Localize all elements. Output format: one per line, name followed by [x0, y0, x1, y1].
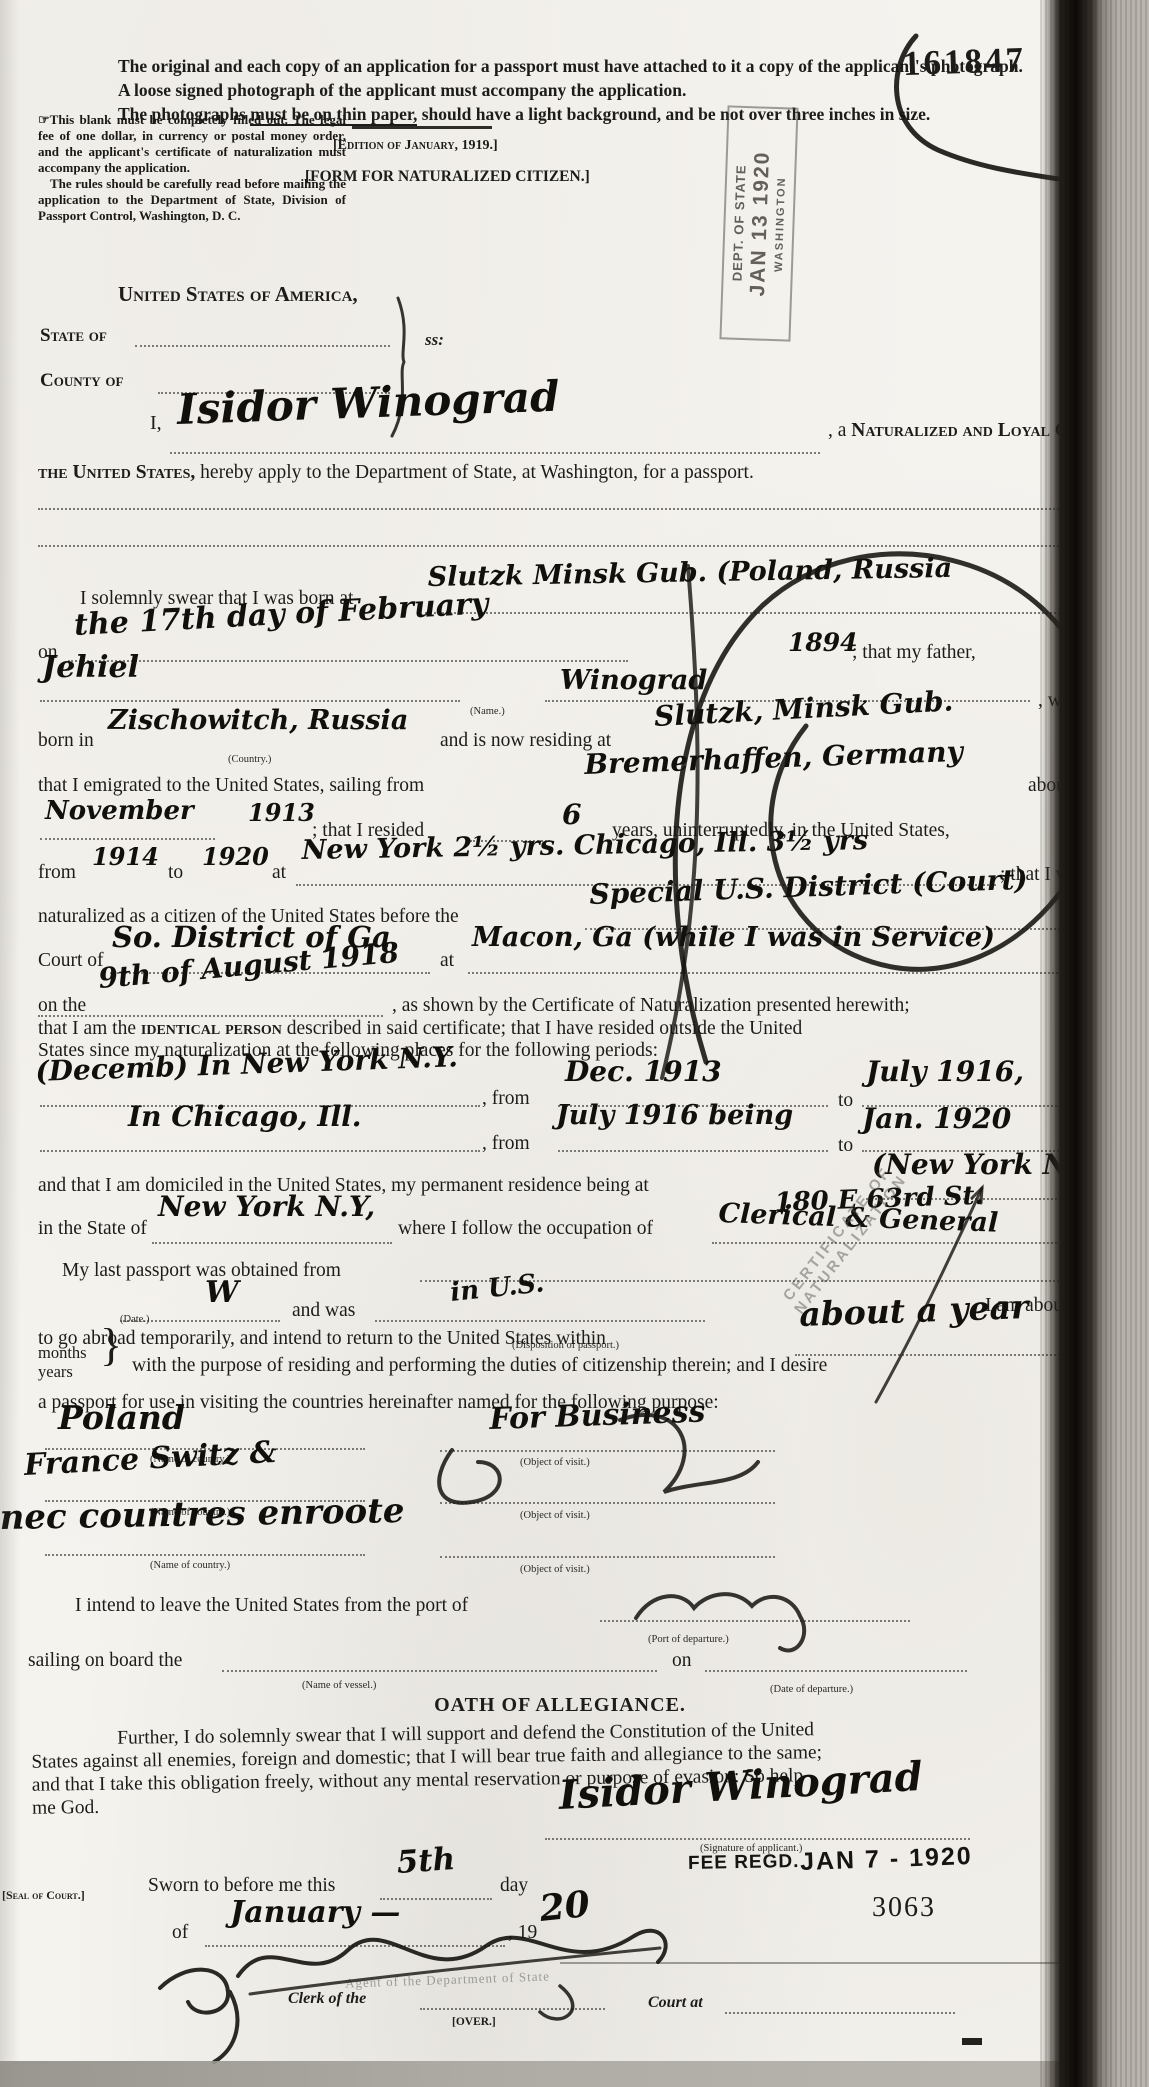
object1-blank — [440, 1450, 775, 1452]
port-line: I intend to leave the United States from… — [75, 1595, 468, 1617]
court-of-label: Court of — [38, 950, 104, 972]
month-handwritten: January — — [230, 1895, 400, 1930]
brace-glyph: } — [100, 1335, 122, 1354]
of-label: of — [172, 1922, 188, 1944]
object1-handwritten: For Business — [489, 1394, 706, 1437]
vessel-blank — [222, 1670, 657, 1672]
to-label: to — [168, 862, 183, 884]
date-scrawl-handwritten: W — [205, 1275, 239, 1310]
state-handwritten: New York N.Y, — [158, 1190, 375, 1223]
port-blank — [600, 1620, 910, 1622]
occupation-label: where I follow the occupation of — [398, 1218, 653, 1240]
residence2-place-handwritten: In Chicago, Ill. — [128, 1100, 362, 1133]
clerk-of-label: Clerk of the — [288, 1990, 366, 2008]
object1-caption: (Object of visit.) — [520, 1457, 590, 1468]
residence2-from-handwritten: July 1916 being — [556, 1100, 793, 1131]
county-of-label: County of — [40, 370, 123, 392]
disposition-handwritten: in U.S. — [449, 1268, 546, 1308]
identical-smallcaps: identical person — [141, 1018, 282, 1039]
apply-line: the United States, hereby apply to the D… — [38, 462, 754, 484]
month-blank — [205, 1945, 505, 1947]
day-handwritten: 5th — [395, 1841, 456, 1881]
apply-rest: hereby apply to the Department of State,… — [195, 462, 754, 483]
file-number: 3063 — [872, 1892, 936, 1924]
name-blank — [170, 452, 820, 454]
father-label: ; that my father, — [852, 642, 976, 664]
identical-line: that I am the identical person described… — [38, 1018, 802, 1040]
father-last-handwritten: Winograd — [560, 665, 707, 696]
naturalization-date-blank — [38, 1015, 383, 1017]
birthplace-handwritten: Slutzk Minsk Gub. (Poland, Russia — [427, 553, 952, 593]
edition-rule — [352, 126, 492, 129]
object2-caption: (Object of visit.) — [520, 1510, 590, 1521]
departure-date-blank — [705, 1670, 967, 1672]
over-label: [OVER.] — [452, 2016, 496, 2028]
court-name-handwritten: Special U.S. District (Court) — [589, 863, 1028, 911]
residence2-from-blank — [558, 1150, 828, 1152]
from-year-handwritten: 1914 — [92, 842, 159, 871]
in-state-label: in the State of — [38, 1218, 147, 1240]
father-birthplace-handwritten: Zischowitch, Russia — [108, 705, 408, 736]
identical-pre: that I am the — [38, 1018, 141, 1039]
at2-label: at — [440, 950, 454, 972]
residence1-from-handwritten: Dec. 1913 — [565, 1055, 722, 1088]
embark-month-handwritten: November — [45, 796, 194, 826]
identical-post: described in said certificate; that I ha… — [282, 1018, 802, 1039]
nation-heading: United States of America, — [118, 282, 358, 307]
ss-label: ss: — [425, 330, 444, 350]
footer-mark — [962, 2038, 982, 2045]
residence1-from-label: , from — [482, 1088, 530, 1110]
i-label: I, — [150, 412, 162, 435]
on-the-label: on the — [38, 995, 86, 1017]
residence2-from-label: , from — [482, 1133, 530, 1155]
instruction-line-1: The original and each copy of an applica… — [118, 56, 1023, 77]
embark-port-handwritten: Bremerhaffen, Germany — [584, 735, 964, 781]
scanned-passport-application: The original and each copy of an applica… — [0, 0, 1149, 2087]
object2-blank — [440, 1502, 775, 1504]
fee-regd-stamp: FEE REGD. — [688, 1851, 800, 1875]
citizen-pre: , a — [828, 420, 851, 441]
state-blank — [135, 345, 390, 347]
sworn-before-label: Sworn to before me this — [148, 1875, 335, 1897]
emigrated-label: that I emigrated to the United States, s… — [38, 775, 424, 797]
oath-title: OATH OF ALLEGIANCE. — [160, 1694, 960, 1717]
disposition-blank — [375, 1320, 705, 1322]
state-blank2 — [152, 1242, 392, 1244]
court-place-blank — [468, 972, 1098, 974]
years-label: years — [38, 1362, 87, 1381]
blank-rule-2 — [38, 545, 1098, 547]
birth-date-blank — [68, 660, 628, 662]
fee-date-stamp: JAN 7 - 1920 — [800, 1842, 974, 1877]
object3-caption: (Object of visit.) — [520, 1564, 590, 1575]
embark-year-handwritten: 1913 — [248, 798, 315, 827]
instruction-line-2: A loose signed photograph of the applica… — [118, 80, 686, 101]
agent-stamp-faint: Agent of the Department of State — [345, 1968, 550, 1991]
residence2-to-handwritten: Jan. 1920 — [862, 1102, 1011, 1135]
form-title: [FORM FOR NATURALIZED CITIZEN.] — [305, 168, 590, 186]
vessel-caption: (Name of vessel.) — [302, 1680, 376, 1691]
court-at-blank — [725, 2012, 955, 2014]
left-edge-shading — [0, 0, 20, 2087]
bottom-scan-band — [0, 2061, 1079, 2087]
and-was-label: and was — [292, 1300, 355, 1322]
clerk-signature-scrawl — [238, 1931, 666, 1976]
within-handwritten: about a year — [799, 1287, 1029, 1334]
years-count-handwritten: 6 — [562, 798, 581, 831]
blank-rule-1 — [38, 508, 1098, 510]
country2-handwritten: France Switz & — [23, 1435, 277, 1483]
received-date-stamp: DEPT. OF STATE JAN 13 1920 WASHINGTON — [672, 108, 812, 313]
from-label: from — [38, 862, 76, 884]
book-binding-edge — [1040, 0, 1149, 2087]
country3-handwritten: nec countres enroote — [0, 1491, 405, 1538]
embark-month-blank — [40, 838, 215, 840]
months-years-brace: months years } — [38, 1343, 87, 1381]
date-blank — [120, 1320, 280, 1322]
clerk-court-blank — [420, 2008, 605, 2010]
sailing-on: on — [672, 1650, 692, 1672]
initials-scrawl — [160, 1970, 237, 2062]
note-paragraph-1: ☞This blank must be completely filled ou… — [38, 112, 346, 176]
birthplace-blank — [425, 612, 1100, 614]
last-passport-label: My last passport was obtained from — [62, 1260, 341, 1282]
note-paragraph-2: The rules should be carefully read befor… — [38, 176, 346, 224]
country-caption: (Country.) — [228, 754, 271, 765]
to-year-handwritten: 1920 — [202, 842, 269, 871]
serial-number: 161847 — [902, 40, 1026, 84]
birth-year-handwritten: 1894 — [788, 628, 858, 657]
country3-caption: (Name of country.) — [150, 1560, 230, 1571]
at-label: at — [272, 862, 286, 884]
residence2-to-label: to — [838, 1135, 853, 1157]
state-of-label: State of — [40, 325, 107, 347]
name-caption: (Name.) — [470, 706, 505, 717]
clerk-signature-descender — [540, 1986, 573, 2019]
edition-label: [Edition of January, 1919.] — [333, 138, 498, 154]
year-handwritten: 20 — [538, 1883, 592, 1930]
day-label: day — [500, 1875, 528, 1897]
filing-note-box: ☞This blank must be completely filled ou… — [38, 112, 346, 224]
residence1-to-handwritten: July 1916, — [866, 1055, 1024, 1088]
year-pre-label: , 19 — [508, 1922, 537, 1944]
sailing-label: sailing on board the — [28, 1650, 182, 1672]
court-at-label: Court at — [648, 1994, 703, 2012]
residence2-place-blank — [40, 1150, 480, 1152]
purpose-line-1: with the purpose of residing and perform… — [132, 1355, 827, 1377]
father-first-handwritten: Jehiel — [42, 650, 139, 685]
as-shown-label: , as shown by the Certificate of Natural… — [392, 995, 910, 1017]
country3-blank — [45, 1554, 365, 1556]
born-in-label: born in — [38, 730, 94, 752]
port-caption: (Port of departure.) — [648, 1634, 729, 1645]
return-within-label: to go abroad temporarily, and intend to … — [38, 1328, 606, 1350]
residence1-to-label: to — [838, 1090, 853, 1112]
apply-us: the United States, — [38, 462, 195, 483]
object3-blank — [440, 1556, 775, 1558]
applicant-name-handwritten: Isidor Winograd — [176, 372, 560, 434]
signature-blank — [545, 1838, 970, 1840]
father-name-blank-l — [40, 700, 460, 702]
country1-handwritten: Poland — [58, 1398, 185, 1437]
oath-line-4: me God. — [32, 1797, 99, 1820]
months-label: months — [38, 1343, 87, 1362]
court-place-handwritten: Macon, Ga (while I was in Service) — [472, 922, 995, 953]
occupation-blank — [712, 1242, 1057, 1244]
